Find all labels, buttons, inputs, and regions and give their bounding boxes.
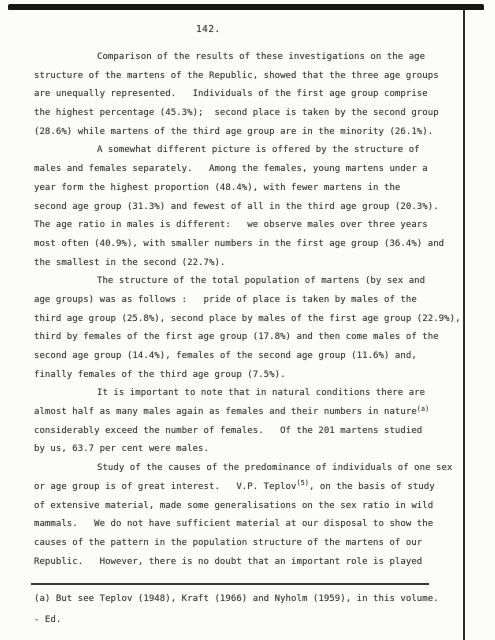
text-line: considerably exceed the number of female… <box>34 422 461 441</box>
text-line: - Ed. <box>34 610 461 631</box>
footnote: (a) But see Teplov (1948), Kraft (1966) … <box>34 589 461 630</box>
text-line: almost half as many males again as femal… <box>34 403 461 422</box>
text-line: (a) But see Teplov (1948), Kraft (1966) … <box>34 589 461 610</box>
text-line: age groups) was as follows : pride of pl… <box>34 291 461 310</box>
text-line: Comparison of the results of these inves… <box>34 48 461 67</box>
text-line: The age ratio in males is different: we … <box>34 216 461 235</box>
superscript-reference: (a) <box>417 405 429 413</box>
text-line: Study of the causes of the predominance … <box>34 459 461 478</box>
text-line: finally females of the third age group (… <box>34 366 461 385</box>
text-line: third age group (25.8%), second place by… <box>34 310 461 329</box>
text-line: males and females separately. Among the … <box>34 160 461 179</box>
text-line: A somewhat different picture is offered … <box>34 141 461 160</box>
text-line: the smallest in the second (22.7%). <box>34 254 461 273</box>
scan-right-border <box>463 10 465 640</box>
scanned-page: 142. Comparison of the results of these … <box>0 0 495 640</box>
text-line: the highest percentage (45.3%); second p… <box>34 104 461 123</box>
page-number: 142. <box>196 24 220 35</box>
text-line: mammals. We do not have sufficient mater… <box>34 515 461 534</box>
text-line: are unequally represented. Individuals o… <box>34 85 461 104</box>
text-line: most often (40.9%), with smaller numbers… <box>34 235 461 254</box>
text-line: It is important to note that in natural … <box>34 384 461 403</box>
text-line: by us, 63.7 per cent were males. <box>34 440 461 459</box>
text-line: (28.6%) while martens of the third age g… <box>34 123 461 142</box>
text-line: The structure of the total population of… <box>34 272 461 291</box>
text-line: structure of the martens of the Republic… <box>34 67 461 86</box>
scan-top-border <box>8 4 484 10</box>
text-line: third by females of the first age group … <box>34 328 461 347</box>
text-line: Republic. However, there is no doubt tha… <box>34 553 461 572</box>
text-line: of extensive material, made some general… <box>34 497 461 516</box>
text-line: second age group (31.3%) and fewest of a… <box>34 198 461 217</box>
superscript-reference: (5) <box>297 479 309 487</box>
text-line: causes of the pattern in the population … <box>34 534 461 553</box>
text-line: year form the highest proportion (48.4%)… <box>34 179 461 198</box>
document-body: Comparison of the results of these inves… <box>34 48 461 571</box>
text-line: second age group (14.4%), females of the… <box>34 347 461 366</box>
text-line: or age group is of great interest. V.P. … <box>34 478 461 497</box>
footnote-divider <box>31 583 429 585</box>
